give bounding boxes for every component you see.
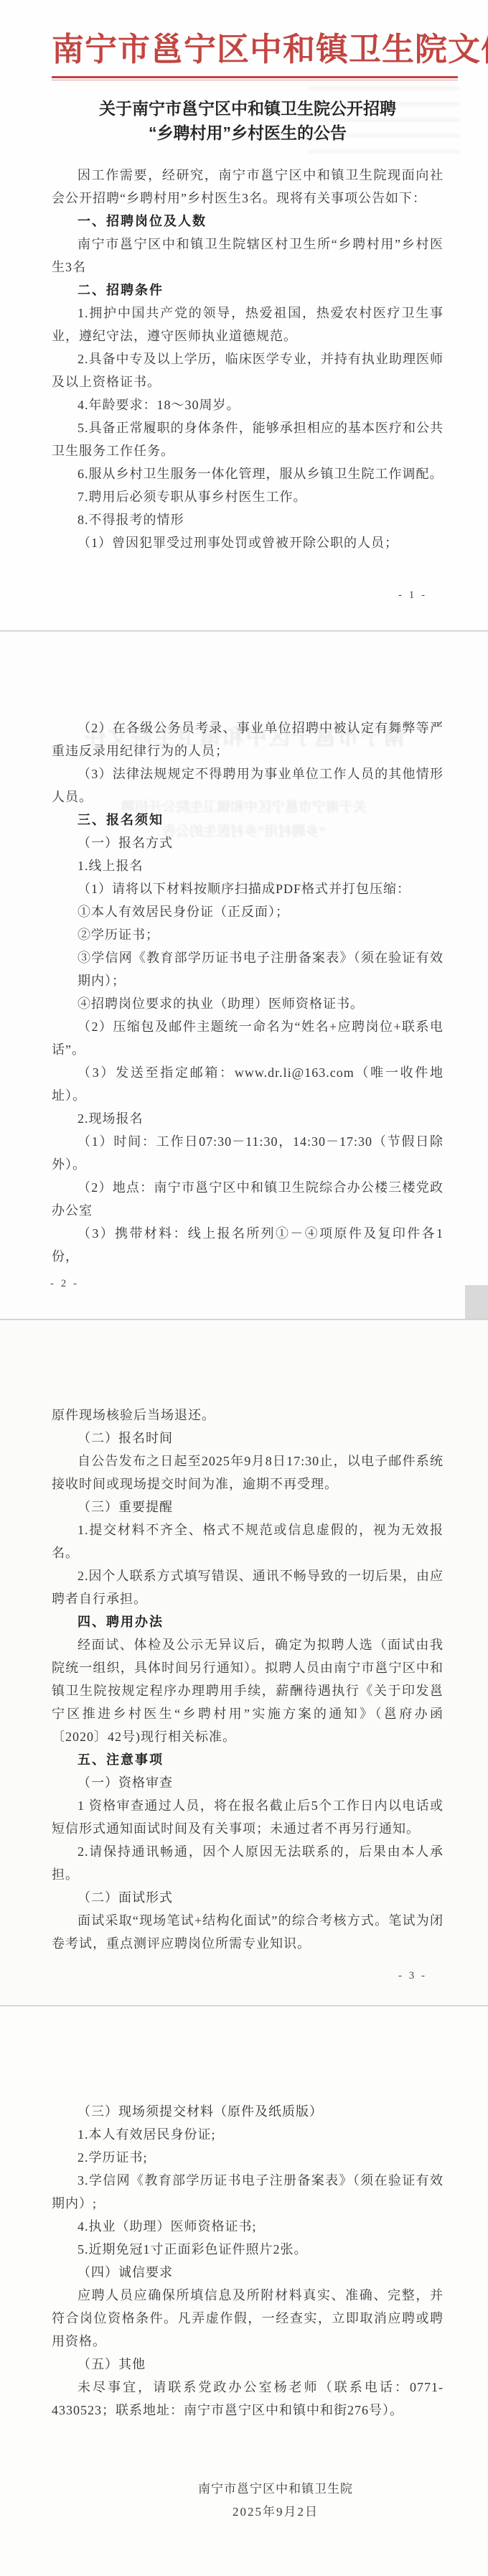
issue-date: 2025年9月2日 (198, 2501, 353, 2524)
paragraph: 8.不得报考的情形 (52, 508, 444, 531)
document-title-line-1: 关于南宁市邕宁区中和镇卫生院公开招聘 (52, 96, 444, 121)
list-item: ②学历证书； (78, 923, 444, 946)
document-title-line-2: “乡聘村用”乡村医生的公告 (52, 121, 444, 145)
paragraph: 5.近期免冠1寸正面彩色证件照片2张。 (52, 2238, 444, 2261)
paragraph: 1.本人有效居民身份证; (52, 2123, 444, 2146)
signature-inner: 南宁市邕宁区中和镇卫生院 2025年9月2日 (198, 2478, 353, 2524)
sub-heading: （三）现场须提交材料（原件及纸质版） (52, 2100, 444, 2123)
page-number: - 2 - (50, 1278, 79, 1290)
paragraph: （3）法律法规规定不得聘用为事业单位工作人员的其他情形人员。 (52, 762, 444, 808)
scanned-document: 南宁市邕宁区中和镇卫生院文件 关于南宁市邕宁区中和镇卫生院公开招聘 “乡聘村用”… (0, 0, 488, 2576)
paragraph: 2.现场报名 (52, 1107, 444, 1130)
scan-artifact (465, 1285, 488, 1319)
paragraph: 5.具备正常履职的身体条件，能够承担相应的基本医疗和公共卫生服务工作任务。 (52, 416, 444, 462)
sub-heading: （二）面试形式 (52, 1886, 444, 1909)
paragraph: 原件现场核验后当场退还。 (52, 1404, 444, 1427)
paragraph: （1）时间：工作日07:30－11:30，14:30－17:30（节假日除外）。 (52, 1130, 444, 1176)
paragraph: 3.学信网《教育部学历证书电子注册备案表》（须在验证有效期内）; (52, 2169, 444, 2215)
banner-underline (52, 76, 458, 80)
paragraph: 因工作需要，经研究，南宁市邕宁区中和镇卫生院现面向社会公开招聘“乡聘村用”乡村医… (52, 164, 444, 210)
document-banner: 南宁市邕宁区中和镇卫生院文件 (52, 30, 444, 69)
page-3-body: 原件现场核验后当场退还。 （二）报名时间 自公告发布之日起至2025年9月8日1… (52, 1404, 444, 1955)
paragraph: 面试采取“现场笔试+结构化面试”的综合考核方式。笔试为闭卷考试，重点测评应聘岗位… (52, 1909, 444, 1955)
paragraph: （1）请将以下材料按顺序扫描成PDF格式并打包压缩： (52, 877, 444, 900)
paragraph: 2.具备中专及以上学历，临床医学专业，并持有执业助理医师及以上资格证书。 (52, 347, 444, 393)
sub-heading: （五）其他 (52, 2353, 444, 2376)
paragraph: （1）曾因犯罪受过刑事处罚或曾被开除公职的人员； (52, 531, 444, 554)
section-heading: 一、招聘岗位及人数 (52, 210, 444, 233)
page-2-body: （2）在各级公务员考录、事业单位招聘中被认定有舞弊等严重违反录用纪律行为的人员；… (52, 717, 444, 1268)
paragraph: 2.请保持通讯畅通，因个人原因无法联系的，后果由本人承担。 (52, 1840, 444, 1886)
issuer-name: 南宁市邕宁区中和镇卫生院 (198, 2478, 353, 2501)
paragraph: 南宁市邕宁区中和镇卫生院辖区村卫生所“乡聘村用”乡村医生3名 (52, 233, 444, 279)
signature-block: 南宁市邕宁区中和镇卫生院 2025年9月2日 (52, 2478, 444, 2524)
paragraph: 1 资格审查通过人员，将在报名截止后5个工作日内以电话或短信形式通知面试时间及有… (52, 1794, 444, 1840)
paragraph: （2）在各级公务员考录、事业单位招聘中被认定有舞弊等严重违反录用纪律行为的人员； (52, 717, 444, 762)
page-3: 原件现场核验后当场退还。 （二）报名时间 自公告发布之日起至2025年9月8日1… (0, 1320, 488, 2005)
page-1-body: 因工作需要，经研究，南宁市邕宁区中和镇卫生院现面向社会公开招聘“乡聘村用”乡村医… (52, 164, 444, 554)
paragraph: （2）地点：南宁市邕宁区中和镇卫生院综合办公楼三楼党政办公室 (52, 1176, 444, 1222)
list-item: ③学信网《教育部学历证书电子注册备案表》（须在验证有效期内）； (78, 946, 444, 992)
paragraph: 未尽事宜，请联系党政办公室杨老师（联系电话：0771-4330523；联系地址：… (52, 2376, 444, 2422)
paragraph: 7.聘用后必须专职从事乡村医生工作。 (52, 485, 444, 508)
list-item: ④招聘岗位要求的执业（助理）医师资格证书。 (78, 992, 444, 1015)
section-heading: 四、聘用办法 (52, 1610, 444, 1633)
list-item: ①本人有效居民身份证（正反面）； (78, 900, 444, 923)
paragraph: 6.服从乡村卫生服务一体化管理，服从乡镇卫生院工作调配。 (52, 462, 444, 485)
section-heading: 五、注意事项 (52, 1748, 444, 1771)
section-heading: 三、报名须知 (52, 808, 444, 831)
paragraph: （2）压缩包及邮件主题统一命名为“姓名+应聘岗位+联系电话”。 (52, 1015, 444, 1061)
page-number: - 1 - (398, 589, 427, 602)
page-2: 南宁市邕宁区中和镇卫生院文件 关于南宁市邕宁区中和镇卫生院公开招聘 “乡聘村用”… (0, 632, 488, 1319)
page-1: 南宁市邕宁区中和镇卫生院文件 关于南宁市邕宁区中和镇卫生院公开招聘 “乡聘村用”… (0, 0, 488, 630)
sub-heading: （一）报名方式 (52, 831, 444, 854)
page-number: - 3 - (398, 1970, 427, 1982)
sub-heading: （二）报名时间 (52, 1427, 444, 1450)
paragraph: 1.提交材料不齐全、格式不规范或信息虚假的，视为无效报名。 (52, 1518, 444, 1564)
section-heading: 二、招聘条件 (52, 279, 444, 302)
paragraph: 1.拥护中国共产党的领导，热爱祖国，热爱农村医疗卫生事业，遵纪守法，遵守医师执业… (52, 302, 444, 347)
paragraph: 4.执业（助理）医师资格证书; (52, 2215, 444, 2238)
sub-heading: （四）诚信要求 (52, 2261, 444, 2284)
paragraph: 经面试、体检及公示无异议后，确定为拟聘人选（面试由我院统一组织，具体时间另行通知… (52, 1633, 444, 1748)
document-title: 关于南宁市邕宁区中和镇卫生院公开招聘 “乡聘村用”乡村医生的公告 (52, 96, 444, 145)
sub-heading: （三）重要提醒 (52, 1495, 444, 1518)
paragraph: 4.年龄要求：18～30周岁。 (52, 393, 444, 416)
paragraph: 应聘人员应确保所填信息及所附材料真实、准确、完整，并符合岗位资格条件。凡弄虚作假… (52, 2284, 444, 2353)
paragraph: （3）发送至指定邮箱：www.dr.li@163.com（唯一收件地址）。 (52, 1061, 444, 1107)
paragraph: 自公告发布之日起至2025年9月8日17:30止，以电子邮件系统接收时间或现场提… (52, 1450, 444, 1495)
sub-heading: （一）资格审查 (52, 1771, 444, 1794)
paragraph: 2.学历证书; (52, 2146, 444, 2169)
page-4: （三）现场须提交材料（原件及纸质版） 1.本人有效居民身份证; 2.学历证书; … (0, 2007, 488, 2576)
paragraph: 2.因个人联系方式填写错误、通讯不畅导致的一切后果，由应聘者自行承担。 (52, 1564, 444, 1610)
paragraph: （3）携带材料：线上报名所列①－④项原件及复印件各1份， (52, 1222, 444, 1268)
page-4-body: （三）现场须提交材料（原件及纸质版） 1.本人有效居民身份证; 2.学历证书; … (52, 2100, 444, 2422)
paragraph: 1.线上报名 (52, 854, 444, 877)
